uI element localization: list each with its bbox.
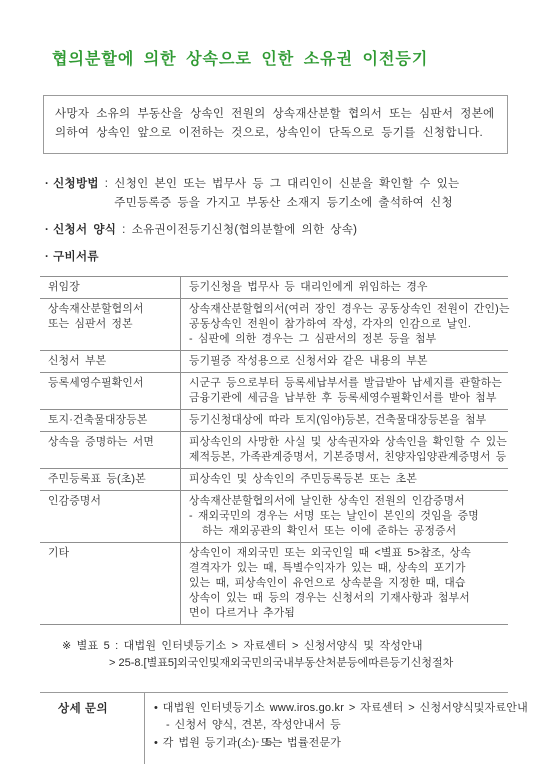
table-row: 주민등록표 등(초)본 피상속인 및 상속인의 주민등록등본 또는 초본 <box>40 468 508 490</box>
row-content: 시군구 등으로부터 등록세납부서를 발급받아 납세지를 관할하는 금융기관에 세… <box>181 372 509 409</box>
row-label: 위임장 <box>40 276 181 298</box>
table-row: 위임장 등기신청을 법무사 등 대리인에게 위임하는 경우 <box>40 276 508 298</box>
row-content: 피상속인 및 상속인의 주민등록등본 또는 초본 <box>181 468 509 490</box>
page-title: 협의분할에 의한 상속으로 인한 소유권 이전등기 <box>52 46 508 69</box>
contact-line: • 대법원 인터넷등기소 www.iros.go.kr > 자료센터 > 신청서… <box>154 700 528 718</box>
appendix-note-line1: ※ 별표 5 : 대법원 인터넷등기소 > 자료센터 > 신청서양식 및 작성안… <box>62 638 540 655</box>
table-row: 등록세영수필확인서 시군구 등으로부터 등록세납부서를 발급받아 납세지를 관할… <box>40 372 508 409</box>
row-label: 상속을 증명하는 서면 <box>40 431 181 468</box>
table-row: 인감증명서 상속재산분할협의서에 날인한 상속인 전원의 인감증명서 - 재외국… <box>40 490 508 542</box>
row-label: 등록세영수필확인서 <box>40 372 181 409</box>
form-text: 소유권이전등기신청(협의분할에 의한 상속) <box>132 221 358 239</box>
row-label: 상속재산분할협의서 또는 심판서 정본 <box>40 298 181 350</box>
documents-table: 위임장 등기신청을 법무사 등 대리인에게 위임하는 경우 상속재산분할협의서 … <box>40 276 508 625</box>
row-label: 토지·건축물대장등본 <box>40 409 181 431</box>
contact-line: - 신청서 양식, 견본, 작성안내서 등 <box>154 717 528 735</box>
contact-box: 상세 문의 • 대법원 인터넷등기소 www.iros.go.kr > 자료센터… <box>40 692 508 764</box>
row-content: 등기신청대상에 따라 토지(임야)등본, 건축물대장등본을 첨부 <box>181 409 509 431</box>
contact-content: • 대법원 인터넷등기소 www.iros.go.kr > 자료센터 > 신청서… <box>144 693 528 764</box>
method-colon: : <box>99 175 115 193</box>
row-label: 신청서 부본 <box>40 350 181 372</box>
appendix-note: ※ 별표 5 : 대법원 인터넷등기소 > 자료센터 > 신청서양식 및 작성안… <box>62 638 540 672</box>
application-method-item: · 신청방법 : 신청인 본인 또는 법무사 등 그 대리인이 신분을 확인할 … <box>45 175 510 212</box>
intro-box: 사망자 소유의 부동산을 상속인 전원의 상속재산분할 협의서 또는 심판서 정… <box>43 95 508 154</box>
intro-text: 사망자 소유의 부동산을 상속인 전원의 상속재산분할 협의서 또는 심판서 정… <box>55 108 494 139</box>
appendix-note-line2: > 25-8.[별표5]외국인및재외국민의국내부동산처분등에따른등기신청절차 <box>109 655 540 672</box>
bullet-icon: · <box>45 175 49 193</box>
bullet-icon: · <box>45 248 49 266</box>
row-content: 상속재산분할협의서에 날인한 상속인 전원의 인감증명서 - 재외국민의 경우는… <box>181 490 509 542</box>
row-content: 등기필증 작성용으로 신청서와 같은 내용의 부본 <box>181 350 509 372</box>
table-row: 상속재산분할협의서 또는 심판서 정본 상속재산분할협의서(여러 장인 경우는 … <box>40 298 508 350</box>
form-label: 신청서 양식 <box>53 221 116 239</box>
documents-label: 구비서류 <box>53 248 99 266</box>
application-form-item: · 신청서 양식 : 소유권이전등기신청(협의분할에 의한 상속) <box>45 221 510 239</box>
row-label: 기타 <box>40 542 181 624</box>
bullet-icon: · <box>45 221 49 239</box>
page-number: - 5 - <box>0 736 540 748</box>
row-content: 피상속인의 사망한 사실 및 상속권자와 상속인을 확인할 수 있는 제적등본,… <box>181 431 509 468</box>
table-row: 기타 상속인이 재외국민 또는 외국인일 때 <별표 5>참조, 상속 결격자가… <box>40 542 508 624</box>
contact-label: 상세 문의 <box>40 693 130 764</box>
bullet-sections: · 신청방법 : 신청인 본인 또는 법무사 등 그 대리인이 신분을 확인할 … <box>45 175 510 267</box>
document-page: 협의분할에 의한 상속으로 인한 소유권 이전등기 사망자 소유의 부동산을 상… <box>0 0 540 764</box>
method-label: 신청방법 <box>53 175 99 193</box>
method-text: 신청인 본인 또는 법무사 등 그 대리인이 신분을 확인할 수 있는 주민등록… <box>114 175 459 212</box>
row-content: 상속인이 재외국민 또는 외국인일 때 <별표 5>참조, 상속 결격자가 있는… <box>181 542 509 624</box>
table-row: 토지·건축물대장등본 등기신청대상에 따라 토지(임야)등본, 건축물대장등본을… <box>40 409 508 431</box>
row-content: 등기신청을 법무사 등 대리인에게 위임하는 경우 <box>181 276 509 298</box>
row-label: 인감증명서 <box>40 490 181 542</box>
row-content: 상속재산분할협의서(여러 장인 경우는 공동상속인 전원이 간인)는 공동상속인… <box>181 298 509 350</box>
table-row: 상속을 증명하는 서면 피상속인의 사망한 사실 및 상속권자와 상속인을 확인… <box>40 431 508 468</box>
table-row: 신청서 부본 등기필증 작성용으로 신청서와 같은 내용의 부본 <box>40 350 508 372</box>
required-documents-item: · 구비서류 <box>45 248 510 266</box>
row-label: 주민등록표 등(초)본 <box>40 468 181 490</box>
form-colon: : <box>116 221 132 239</box>
